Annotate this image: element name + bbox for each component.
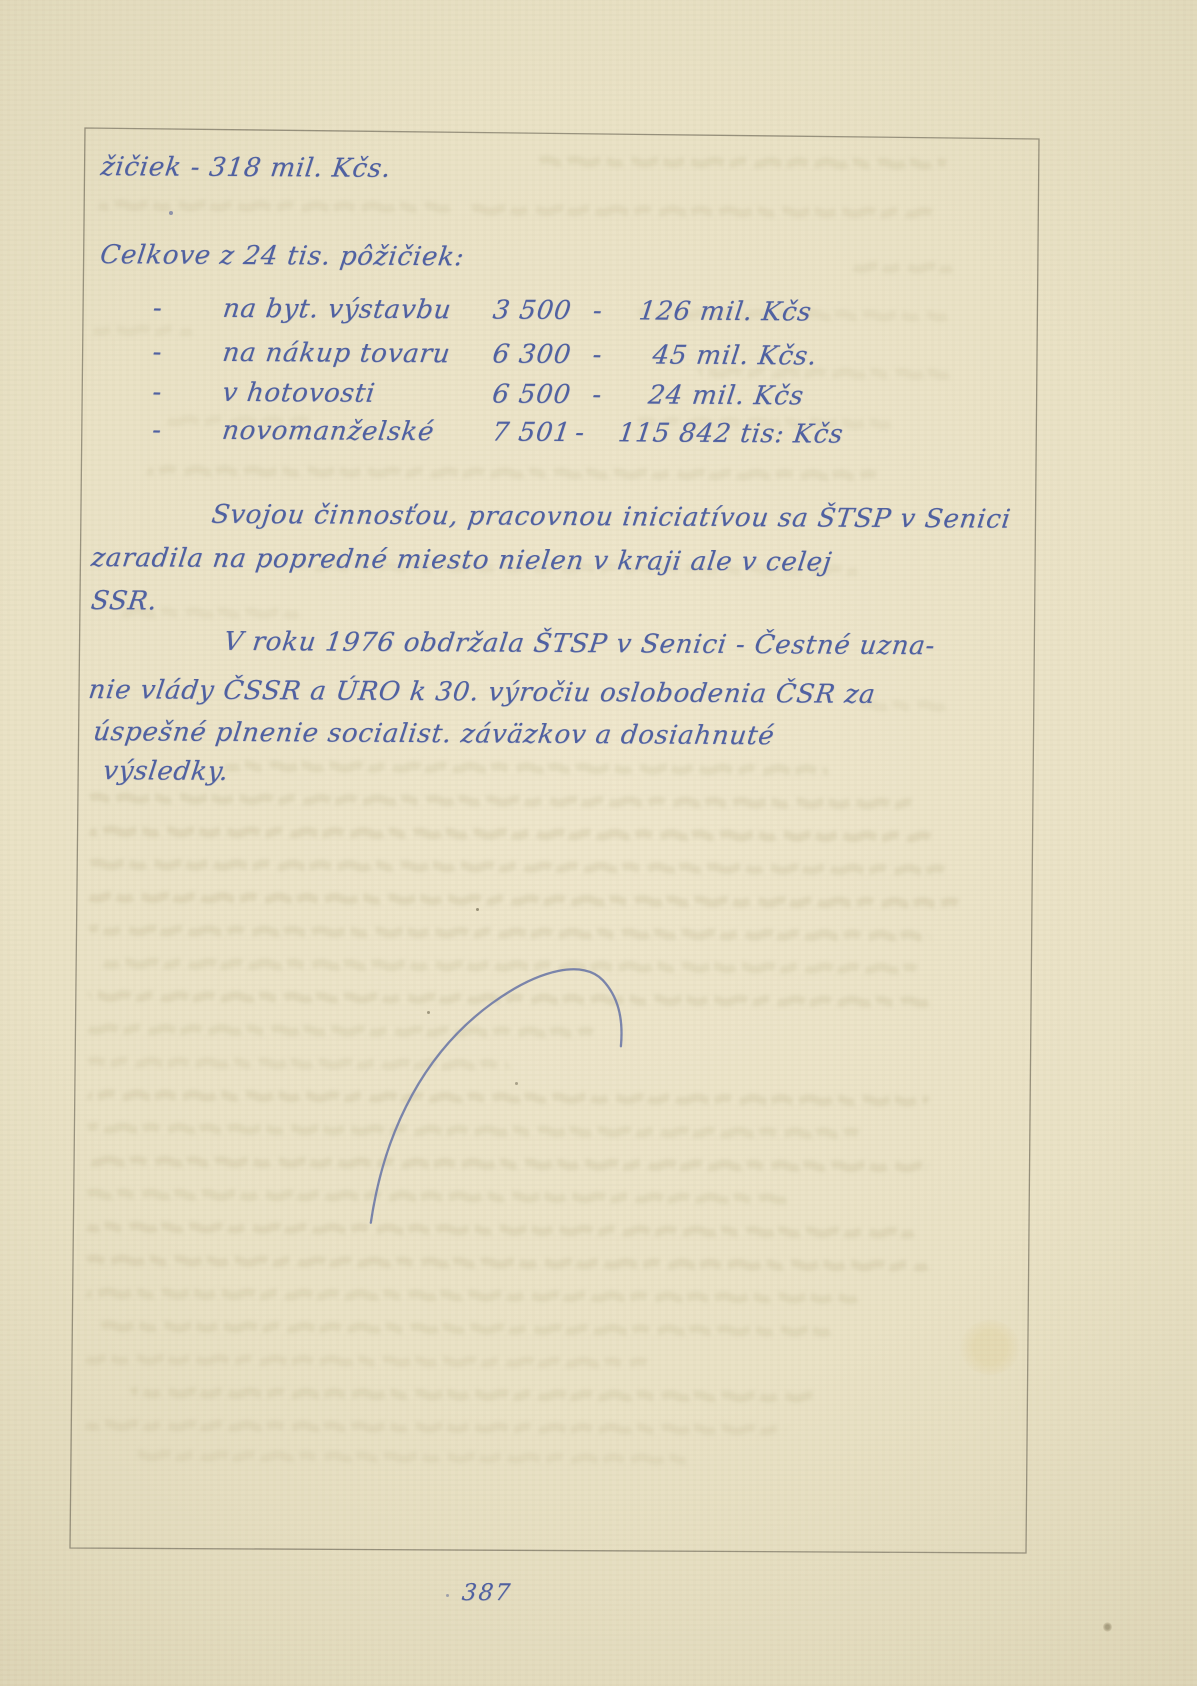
loan-amount: 24 mil. Kčs bbox=[646, 378, 806, 413]
loan-bullet: - bbox=[150, 375, 164, 409]
loan-row: - na byt. výstavbu 3 500 - 126 mil. Kčs bbox=[1, 0, 1197, 7]
loan-amount: 45 mil. Kčs. bbox=[651, 338, 820, 373]
loan-row: - v hotovosti 6 500 - 24 mil. Kčs bbox=[1, 0, 1197, 7]
paragraph-line: zaradila na popredné miesto nielen v kra… bbox=[89, 541, 834, 579]
loan-label: novomanželské bbox=[220, 414, 436, 449]
paragraph-line: úspešné plnenie socialist. záväzkov a do… bbox=[91, 715, 776, 753]
loan-breakdown-list: - na byt. výstavbu 3 500 - 126 mil. Kčs … bbox=[1, 0, 1197, 7]
achievement-paragraph: Svojou činnosťou, pracovnou iniciatívou … bbox=[1, 0, 1197, 7]
loan-label: v hotovosti bbox=[220, 376, 377, 411]
award-paragraph: V roku 1976 obdržala ŠTSP v Senici - Čes… bbox=[1, 0, 1197, 7]
loan-bullet: - bbox=[150, 413, 164, 447]
paragraph-line: V roku 1976 obdržala ŠTSP v Senici - Čes… bbox=[222, 625, 938, 663]
paragraph-line: Svojou činnosťou, pracovnou iniciatívou … bbox=[210, 498, 1013, 537]
loan-count: 7 501 bbox=[490, 416, 573, 450]
loan-bullet: - bbox=[151, 335, 165, 369]
page-number: 387 bbox=[461, 1580, 514, 1606]
total-loans-line: Celkove z 24 tis. pôžičiek: bbox=[98, 238, 466, 274]
loan-amount: 115 842 tis: Kčs bbox=[616, 416, 845, 451]
paragraph-line: SSR. bbox=[89, 584, 160, 618]
loan-bullet: - bbox=[151, 291, 165, 325]
loan-separator: - bbox=[590, 378, 604, 412]
loan-row: - novomanželské 7 501 - 115 842 tis: Kčs bbox=[1, 0, 1197, 7]
loan-separator: - bbox=[573, 416, 587, 450]
loan-separator: - bbox=[591, 338, 605, 372]
loan-label: na byt. výstavbu bbox=[221, 292, 454, 327]
paragraph-line: nie vlády ČSSR a ÚRO k 30. výročiu oslob… bbox=[86, 673, 877, 712]
paragraph-line: výsledky. bbox=[101, 754, 231, 789]
loan-amount: 126 mil. Kčs bbox=[637, 294, 814, 329]
loan-label: na nákup tovaru bbox=[221, 336, 453, 371]
loan-count: 3 500 bbox=[491, 294, 574, 328]
loan-row: - na nákup tovaru 6 300 - 45 mil. Kčs. bbox=[1, 0, 1197, 7]
loan-count: 6 500 bbox=[490, 378, 573, 412]
continuation-line: žičiek - 318 mil. Kčs. bbox=[99, 150, 394, 186]
chronicle-page: žičiek - 318 mil. Kčs. Celkove z 24 tis.… bbox=[0, 0, 1197, 1686]
loan-separator: - bbox=[591, 294, 605, 328]
loan-count: 6 300 bbox=[491, 338, 574, 372]
handwritten-content: žičiek - 318 mil. Kčs. Celkove z 24 tis.… bbox=[0, 0, 1197, 1686]
